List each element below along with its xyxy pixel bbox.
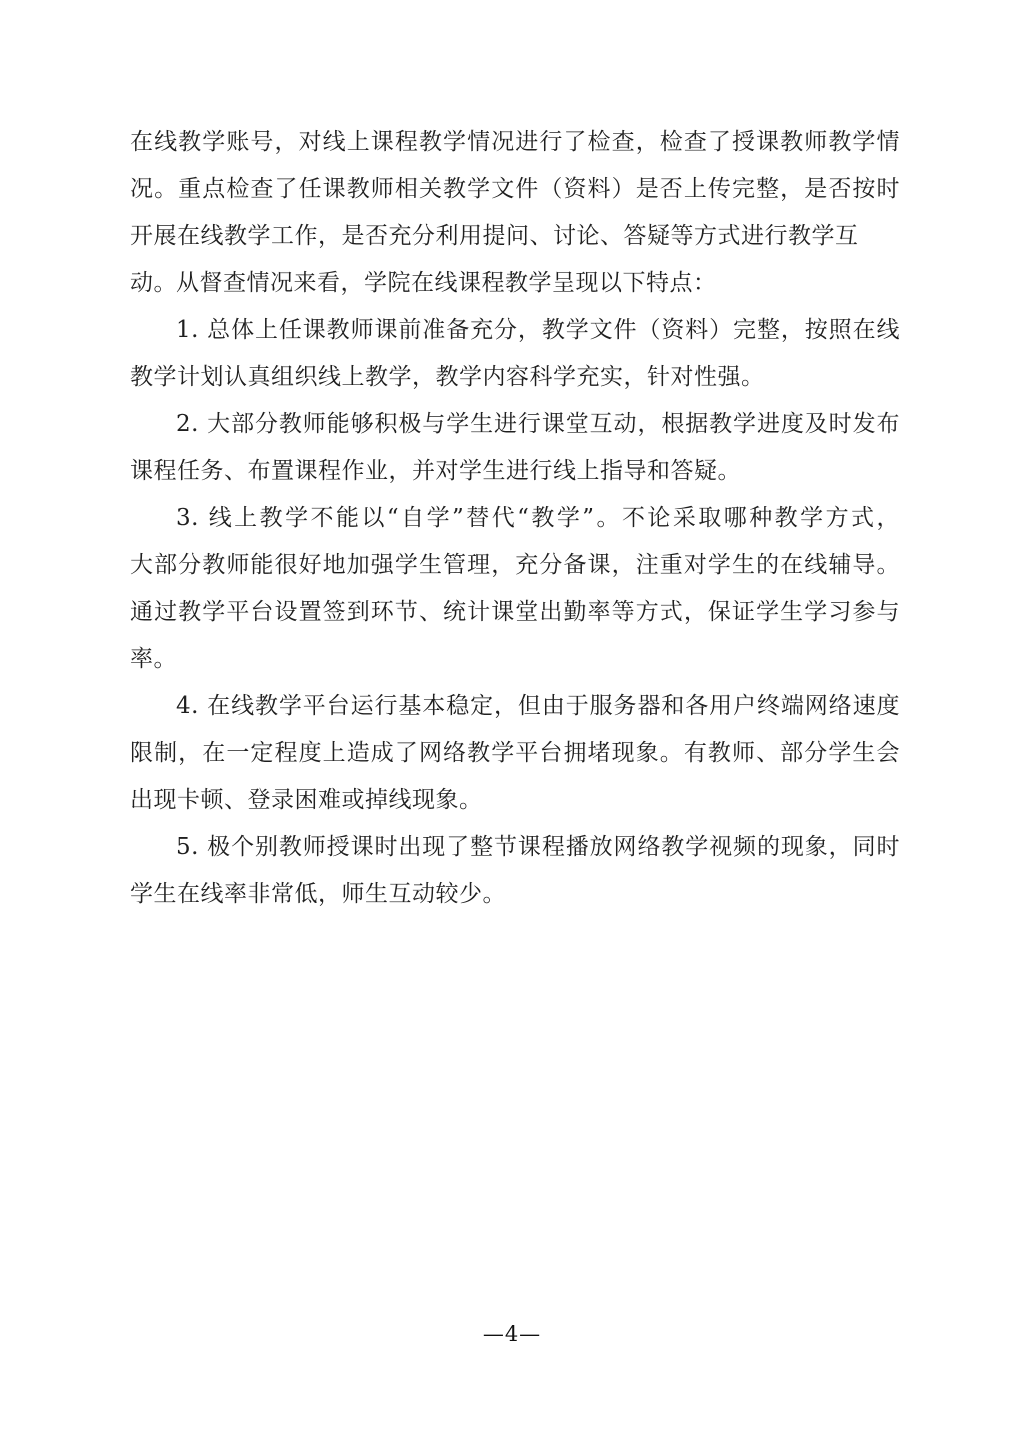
text-line: 4. 在线教学平台运行基本稳定，但由于服务器和各用户终端网络速度	[130, 683, 900, 730]
text-line: 况。重点检查了任课教师相关教学文件（资料）是否上传完整，是否按时	[130, 166, 900, 213]
text-line: 开展在线教学工作，是否充分利用提问、讨论、答疑等方式进行教学互动。	[130, 213, 900, 260]
text-line: 5. 极个别教师授课时出现了整节课程播放网络教学视频的现象，同时	[130, 824, 900, 871]
text-line: 学生在线率非常低，师生互动较少。	[130, 871, 900, 918]
page-number: —4—	[483, 1322, 541, 1346]
document-body: 在线教学账号，对线上课程教学情况进行了检查，检查了授课教师教学情况。重点检查了任…	[130, 119, 900, 918]
text-line: 在线教学账号，对线上课程教学情况进行了检查，检查了授课教师教学情	[130, 119, 900, 166]
text-line: 通过教学平台设置签到环节、统计课堂出勤率等方式，保证学生学习参与	[130, 589, 900, 636]
text-line: 3. 线上教学不能以“自学”替代“教学”。不论采取哪种教学方式，	[130, 495, 900, 542]
text-line: 教学计划认真组织线上教学，教学内容科学充实，针对性强。	[130, 354, 900, 401]
text-line: 从督查情况来看，学院在线课程教学呈现以下特点：	[130, 260, 900, 307]
text-line: 出现卡顿、登录困难或掉线现象。	[130, 777, 900, 824]
document-page: 在线教学账号，对线上课程教学情况进行了检查，检查了授课教师教学情况。重点检查了任…	[0, 0, 1024, 1448]
text-line: 限制，在一定程度上造成了网络教学平台拥堵现象。有教师、部分学生会	[130, 730, 900, 777]
text-line: 大部分教师能很好地加强学生管理，充分备课，注重对学生的在线辅导。	[130, 542, 900, 589]
page-footer: —4—	[0, 1322, 1024, 1346]
text-line: 率。	[130, 636, 900, 683]
text-line: 1. 总体上任课教师课前准备充分，教学文件（资料）完整，按照在线	[130, 307, 900, 354]
text-line: 2. 大部分教师能够积极与学生进行课堂互动，根据教学进度及时发布	[130, 401, 900, 448]
text-line: 课程任务、布置课程作业，并对学生进行线上指导和答疑。	[130, 448, 900, 495]
